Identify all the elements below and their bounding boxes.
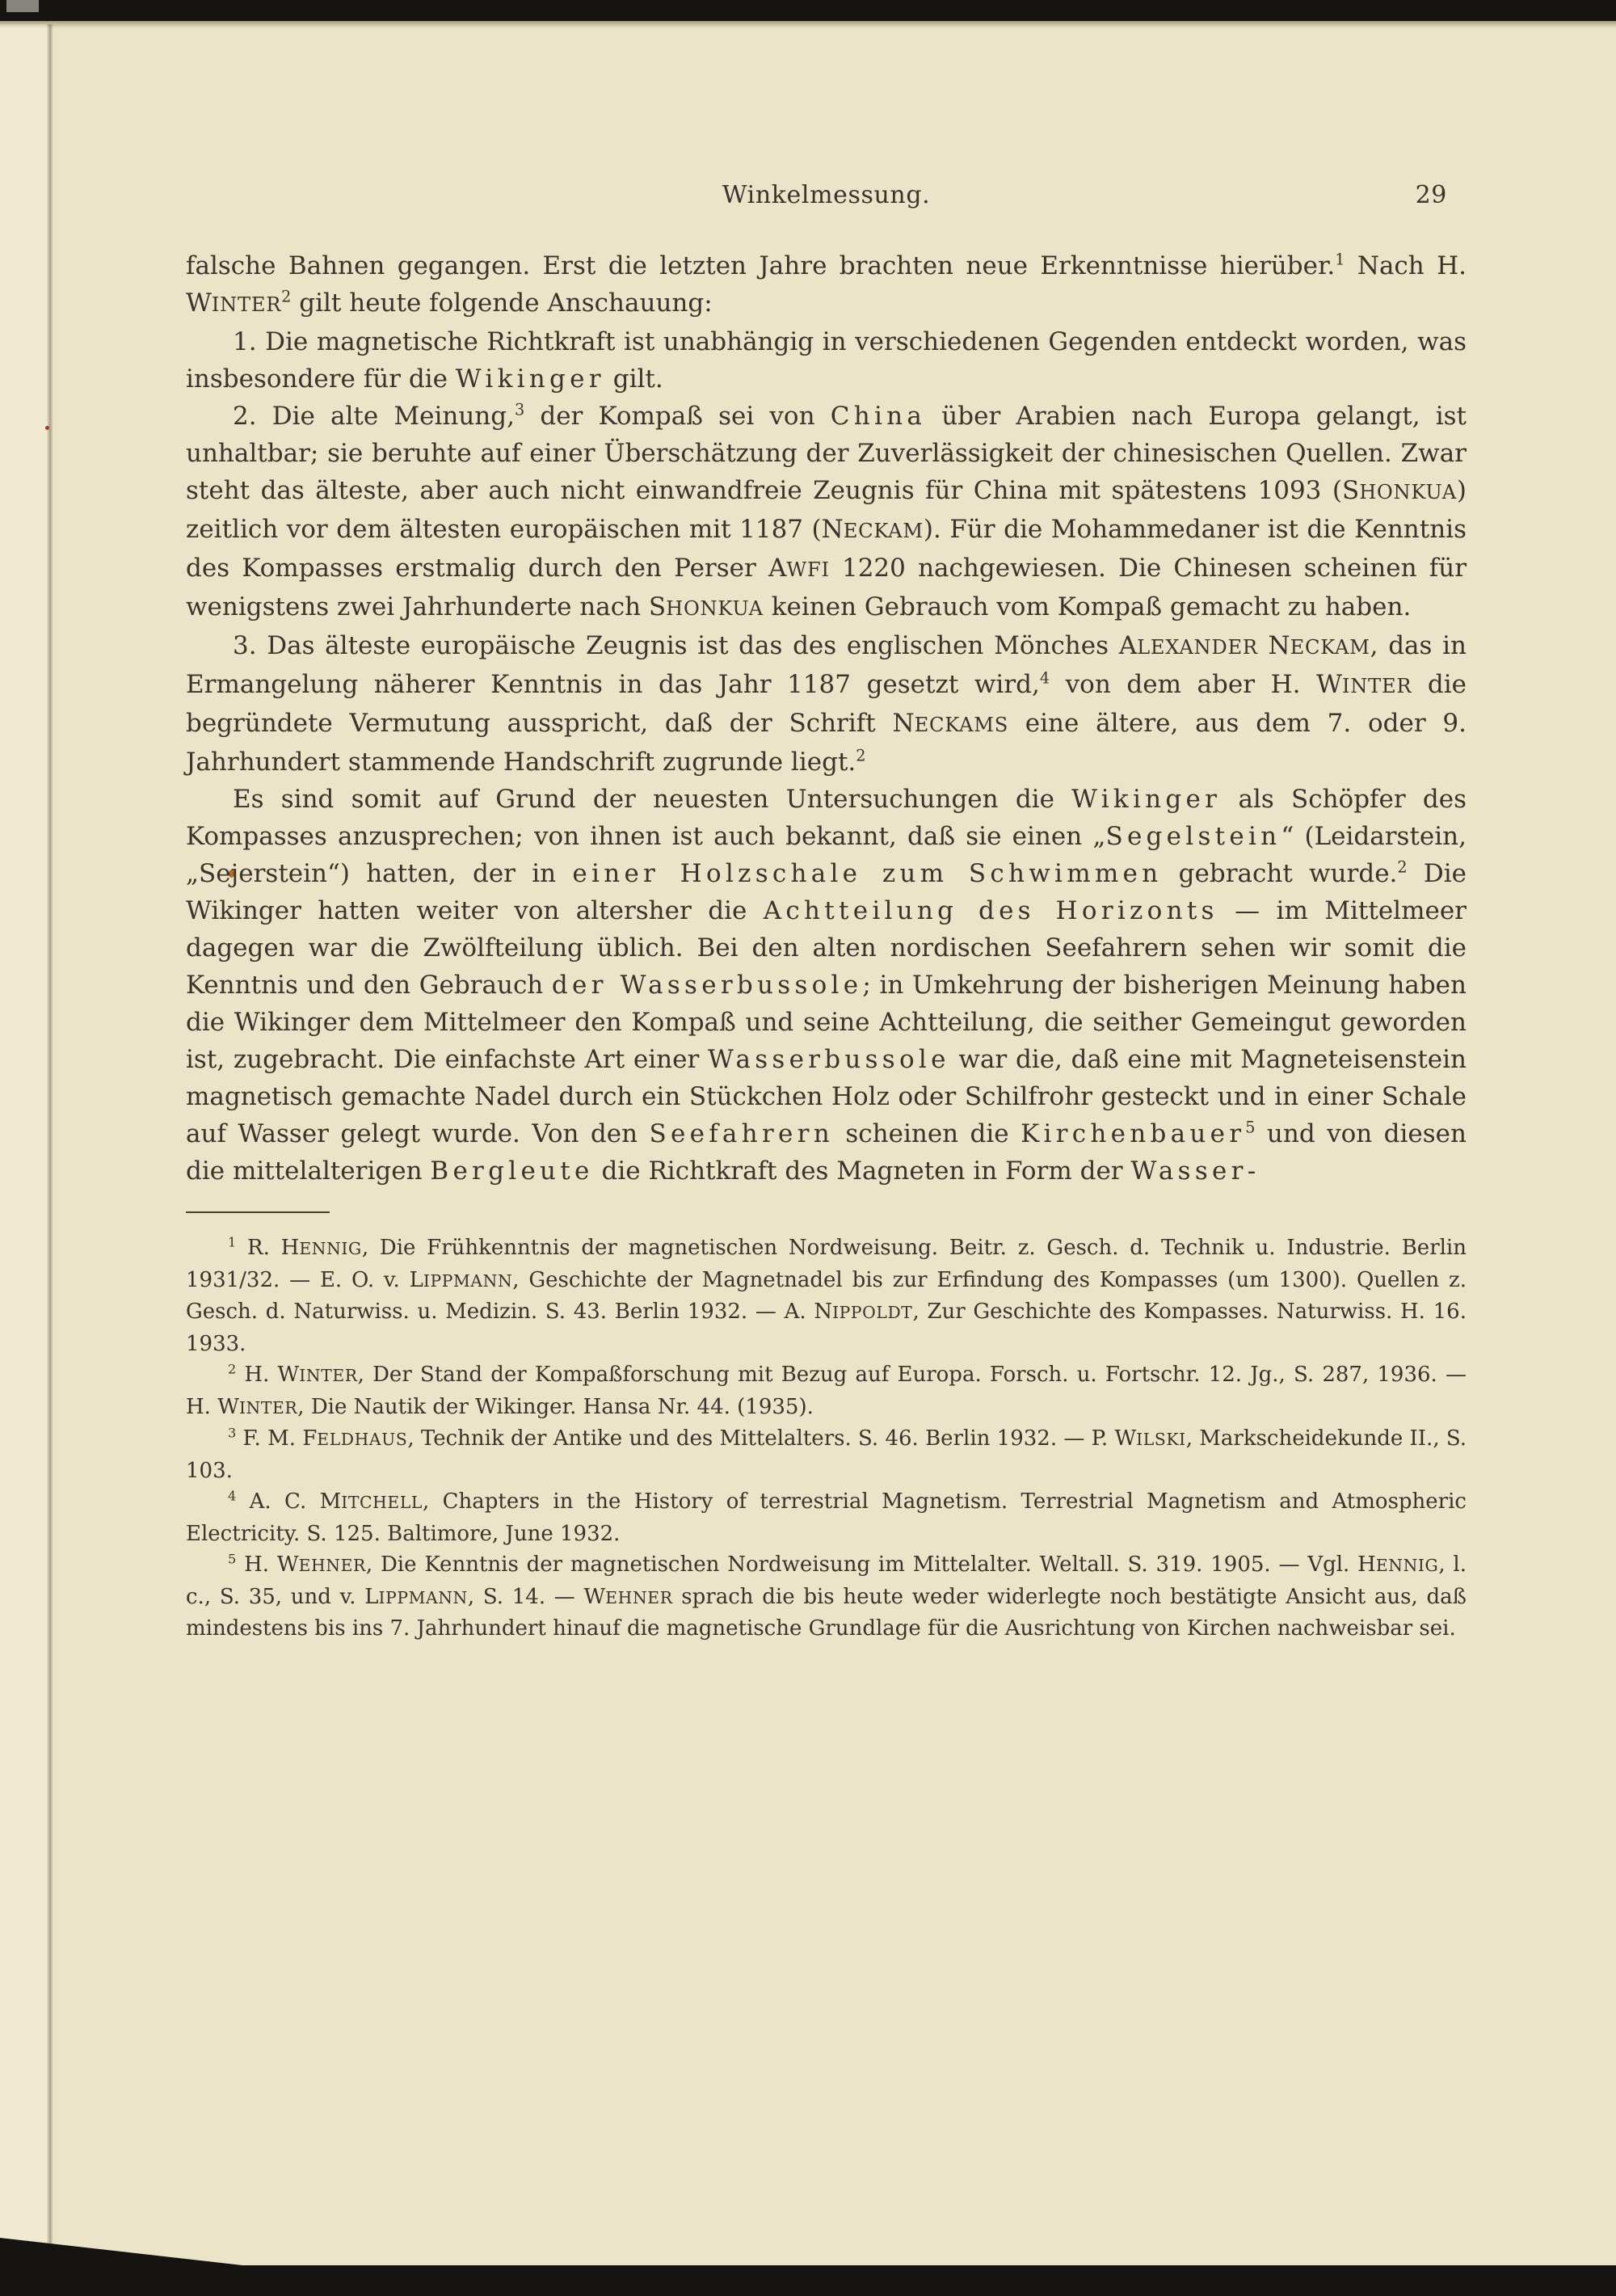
- scanner-top-edge: [0, 0, 1616, 21]
- page-title: Winkelmessung.: [186, 181, 1467, 209]
- running-header: Winkelmessung. 29: [186, 181, 1467, 212]
- scanner-top-notch: [6, 0, 39, 12]
- paragraph-item-2: 2. Die alte Meinung,3 der Kompaß sei von…: [186, 398, 1467, 627]
- binding-gutter-crease: [47, 24, 53, 2265]
- facing-page-edge: [0, 24, 47, 2265]
- page-number: 29: [1416, 181, 1447, 209]
- footnote-3: 3 F. M. FELDHAUS, Technik der Antike und…: [186, 1423, 1467, 1486]
- page-top-shadow: [0, 21, 1616, 28]
- paragraph-item-1: 1. Die magnetische Richtkraft ist unabhä…: [186, 323, 1467, 398]
- footnote-separator: [186, 1211, 330, 1213]
- footnote-5: 5 H. WEHNER, Die Kenntnis der magnetisch…: [186, 1549, 1467, 1645]
- paper-speck: [45, 426, 49, 430]
- paragraph-summary: Es sind somit auf Grund der neuesten Unt…: [186, 781, 1467, 1190]
- page-bottom-corner-shadow: [0, 2238, 242, 2265]
- page-text-block: Winkelmessung. 29 falsche Bahnen gegange…: [186, 181, 1467, 1645]
- scanner-bottom-edge: [0, 2265, 1616, 2296]
- footnote-4: 4 A. C. MITCHELL, Chapters in the Histor…: [186, 1486, 1467, 1549]
- body-text: falsche Bahnen gegangen. Erst die letzte…: [186, 247, 1467, 1190]
- footnotes: 1 R. HENNIG, Die Frühkenntnis der magnet…: [186, 1232, 1467, 1645]
- footnote-2: 2 H. WINTER, Der Stand der Kompaßforschu…: [186, 1359, 1467, 1423]
- paragraph-continuation: falsche Bahnen gegangen. Erst die letzte…: [186, 247, 1467, 323]
- book-page-scan: Winkelmessung. 29 falsche Bahnen gegange…: [0, 0, 1616, 2296]
- paragraph-item-3: 3. Das älteste europäische Zeugnis ist d…: [186, 627, 1467, 781]
- footnote-1: 1 R. HENNIG, Die Frühkenntnis der magnet…: [186, 1232, 1467, 1359]
